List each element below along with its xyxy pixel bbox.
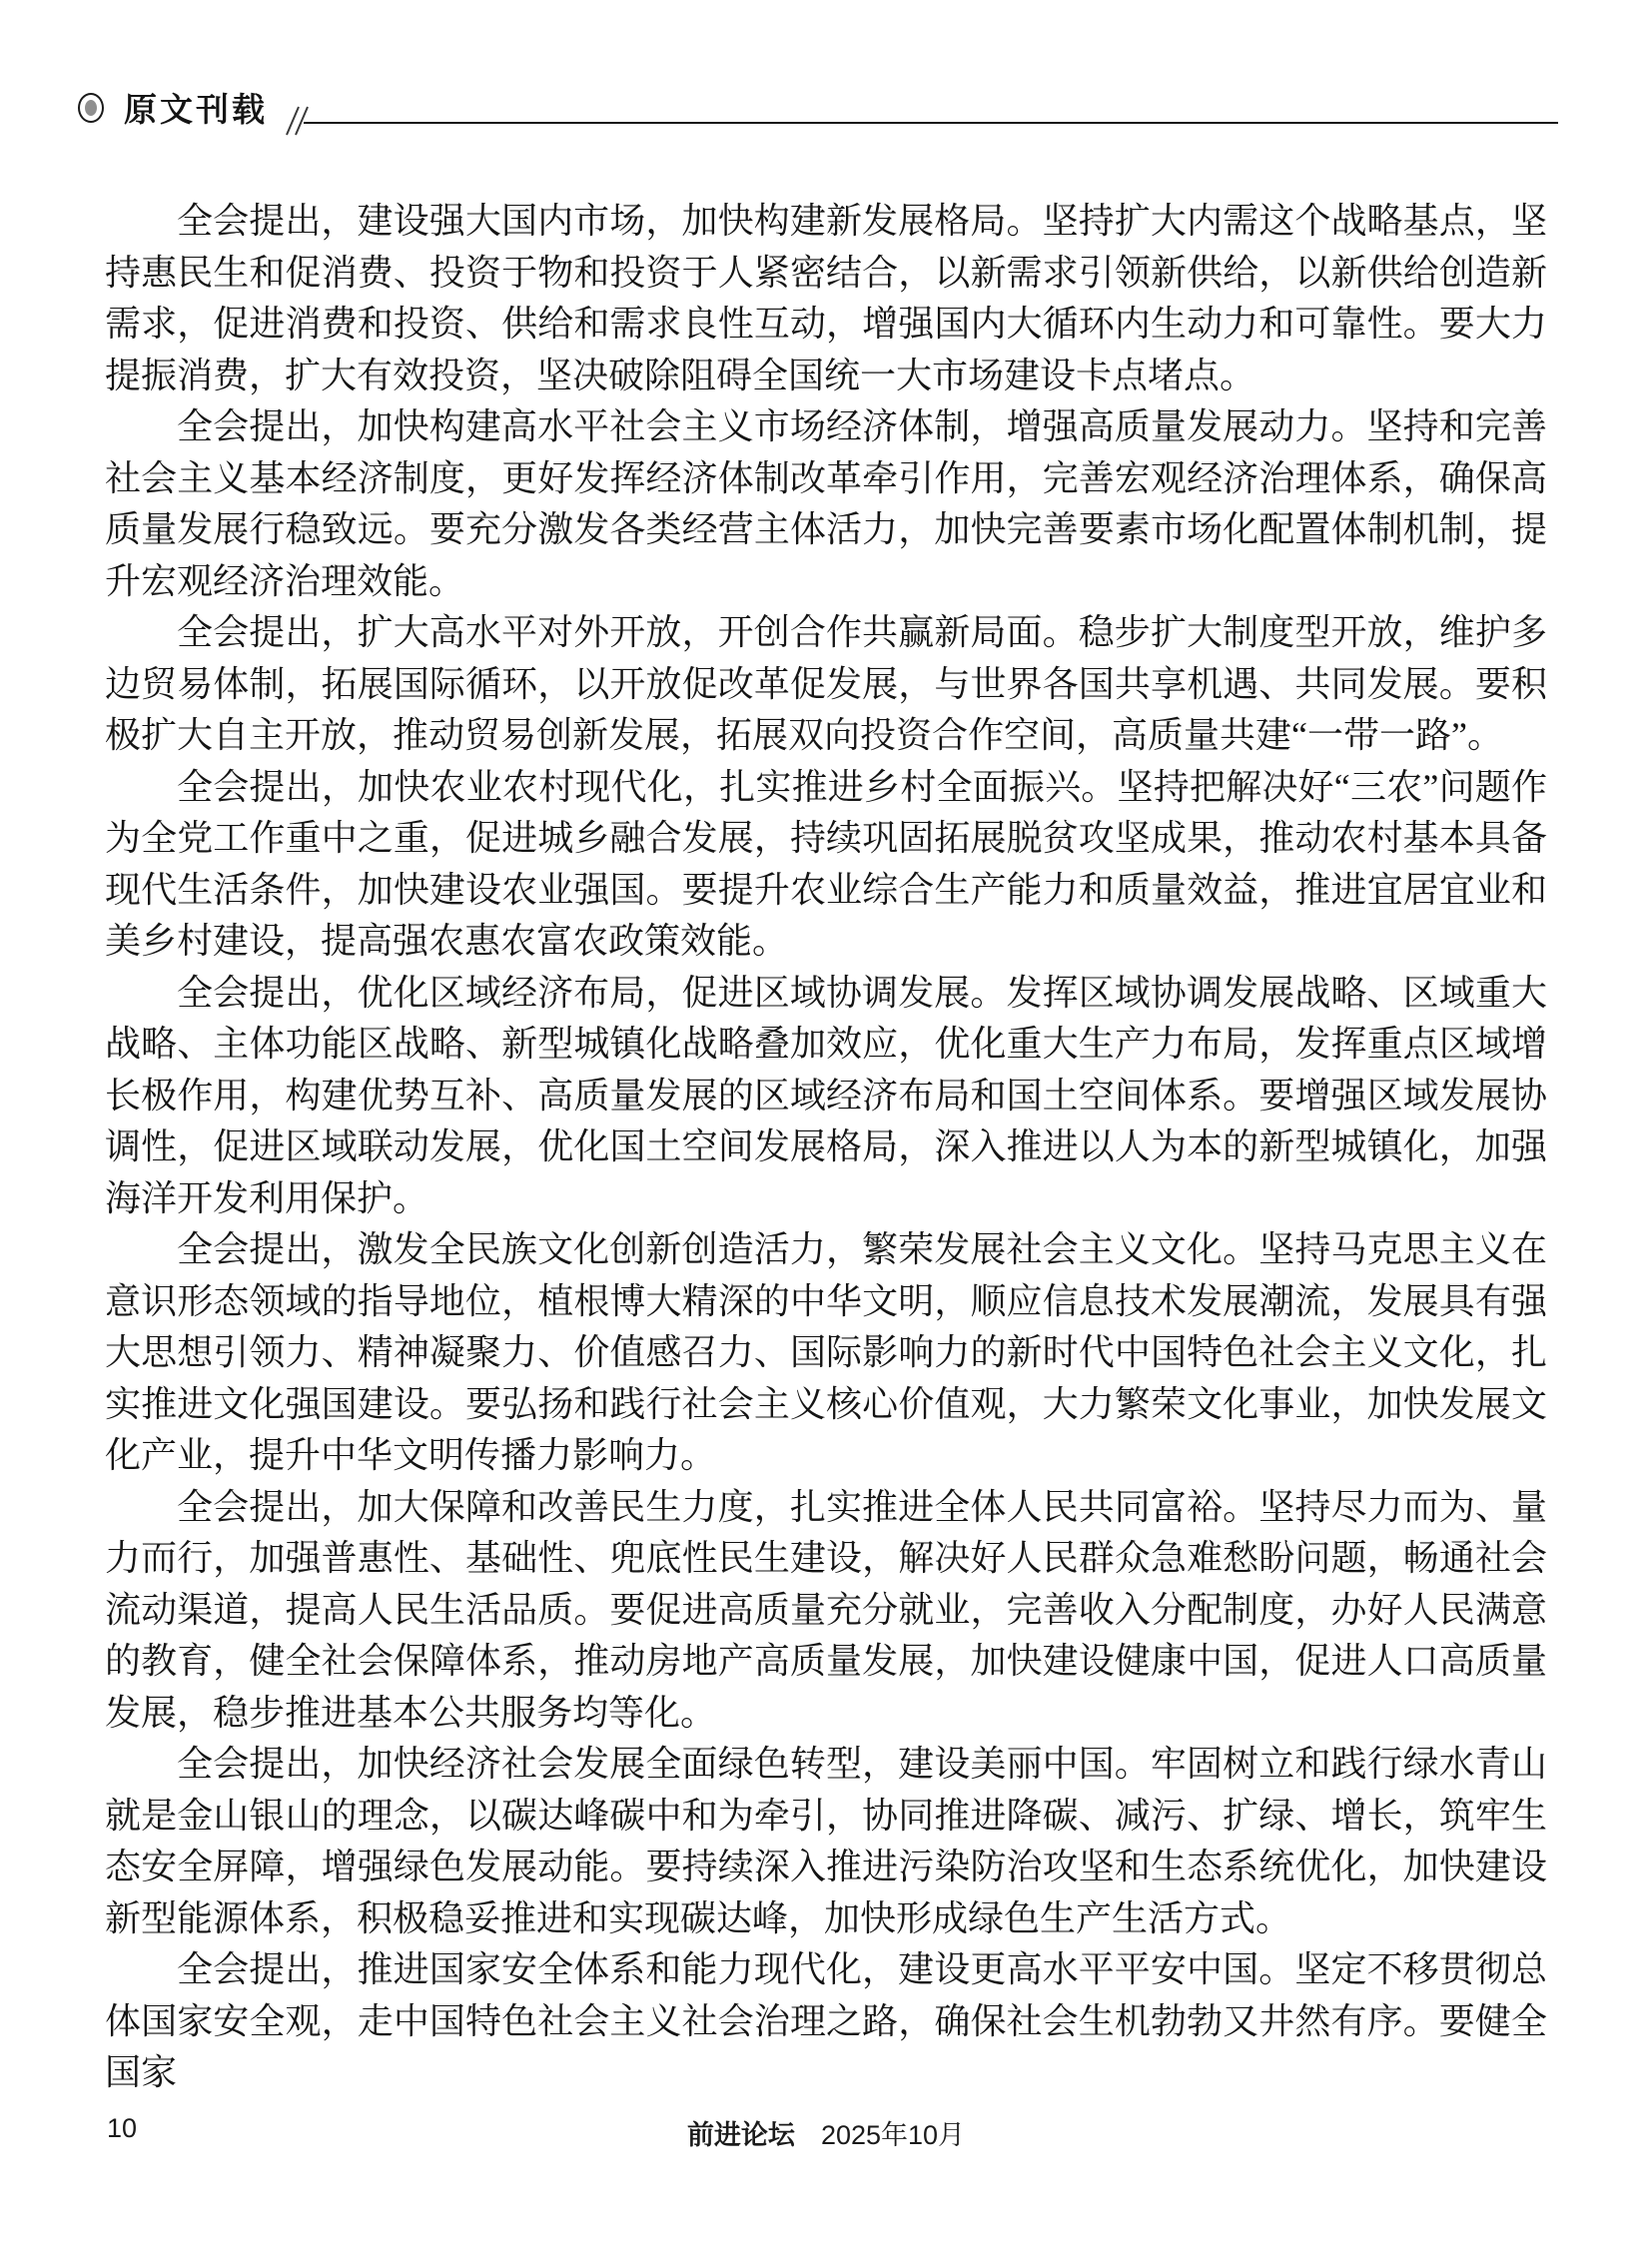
- page-header: 原文刊载: [78, 84, 1558, 131]
- rule-line: [304, 122, 1558, 124]
- journal-name: 前进论坛: [687, 2120, 795, 2150]
- bullet-circle-icon: [78, 93, 104, 123]
- paragraph-regional-economy: 全会提出，优化区域经济布局，促进区域协调发展。发挥区域协调发展战略、区域重大战略…: [105, 968, 1547, 1225]
- paragraph-domestic-market: 全会提出，建设强大国内市场，加快构建新发展格局。坚持扩大内需这个战略基点，坚持惠…: [105, 196, 1547, 401]
- header-rule: [282, 97, 1558, 131]
- paragraph-livelihood: 全会提出，加大保障和改善民生力度，扎实推进全体人民共同富裕。坚持尽力而为、量力而…: [105, 1482, 1547, 1740]
- double-slash-icon: [282, 105, 318, 137]
- paragraph-culture: 全会提出，激发全民族文化创新创造活力，繁荣发展社会主义文化。坚持马克思主义在意识…: [105, 1224, 1547, 1482]
- magazine-page: 原文刊载 全会提出，建设强大国内市场，加快构建新发展格局。坚持扩大内需这个战略基…: [0, 0, 1652, 2242]
- paragraph-market-economy: 全会提出，加快构建高水平社会主义市场经济体制，增强高质量发展动力。坚持和完善社会…: [105, 401, 1547, 607]
- journal-line: 前进论坛2025年10月: [105, 2113, 1547, 2152]
- section-title: 原文刊载: [124, 84, 268, 131]
- page-footer: 10 前进论坛2025年10月: [105, 2113, 1547, 2153]
- paragraph-national-security: 全会提出，推进国家安全体系和能力现代化，建设更高水平平安中国。坚定不移贯彻总体国…: [105, 1944, 1547, 2099]
- article-body: 全会提出，建设强大国内市场，加快构建新发展格局。坚持扩大内需这个战略基点，坚持惠…: [105, 196, 1547, 2099]
- paragraph-agriculture: 全会提出，加快农业农村现代化，扎实推进乡村全面振兴。坚持把解决好“三农”问题作为…: [105, 762, 1547, 968]
- journal-issue: 2025年10月: [821, 2120, 965, 2150]
- paragraph-opening-up: 全会提出，扩大高水平对外开放，开创合作共赢新局面。稳步扩大制度型开放，维护多边贸…: [105, 607, 1547, 762]
- paragraph-green-transition: 全会提出，加快经济社会发展全面绿色转型，建设美丽中国。牢固树立和践行绿水青山就是…: [105, 1739, 1547, 1944]
- bullet-dot: [85, 100, 97, 116]
